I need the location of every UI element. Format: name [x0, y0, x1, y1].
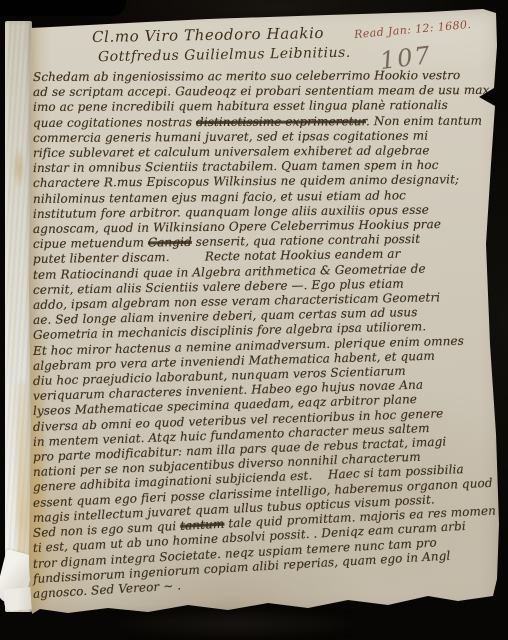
- line-text: imo ac pene incredibili quem habitura es…: [33, 98, 448, 114]
- manuscript-body: Schedam ab ingeniosissimo ac merito suo …: [33, 70, 499, 602]
- line-text: cipue metuendum: [33, 236, 148, 252]
- struck-text: Cangid: [148, 235, 192, 250]
- floor-shadow: [100, 610, 370, 638]
- line-text: ad se scriptam accepi. Gaudeoqz ei proba…: [33, 83, 490, 99]
- heading-recipient: Cl.mo Viro Theodoro Haakio: [92, 24, 324, 46]
- manuscript-page: Read Jan: 12: 1680. 107 Cl.mo Viro Theod…: [28, 4, 502, 618]
- line-text: . Non enim tantum: [366, 113, 482, 128]
- line-text: commercia generis humani juvaret, sed et…: [33, 128, 428, 144]
- manuscript-photo: Read Jan: 12: 1680. 107 Cl.mo Viro Theod…: [0, 0, 508, 640]
- heading-author: Gottfredus Guilielmus Leibnitius.: [98, 45, 351, 65]
- line-text: quae cogitationes nostras: [33, 115, 196, 130]
- struck-text: distinctissime exprimeretur: [196, 114, 366, 129]
- received-note: Read Jan: 12: 1680.: [354, 18, 472, 41]
- line-text: Schedam ab ingeniosissimo ac merito suo …: [33, 68, 460, 84]
- leaf-stain: [11, 139, 27, 197]
- corner-shadow: [0, 0, 126, 16]
- struck-text: tantum: [180, 517, 225, 533]
- facing-leaf-edge: [5, 21, 32, 612]
